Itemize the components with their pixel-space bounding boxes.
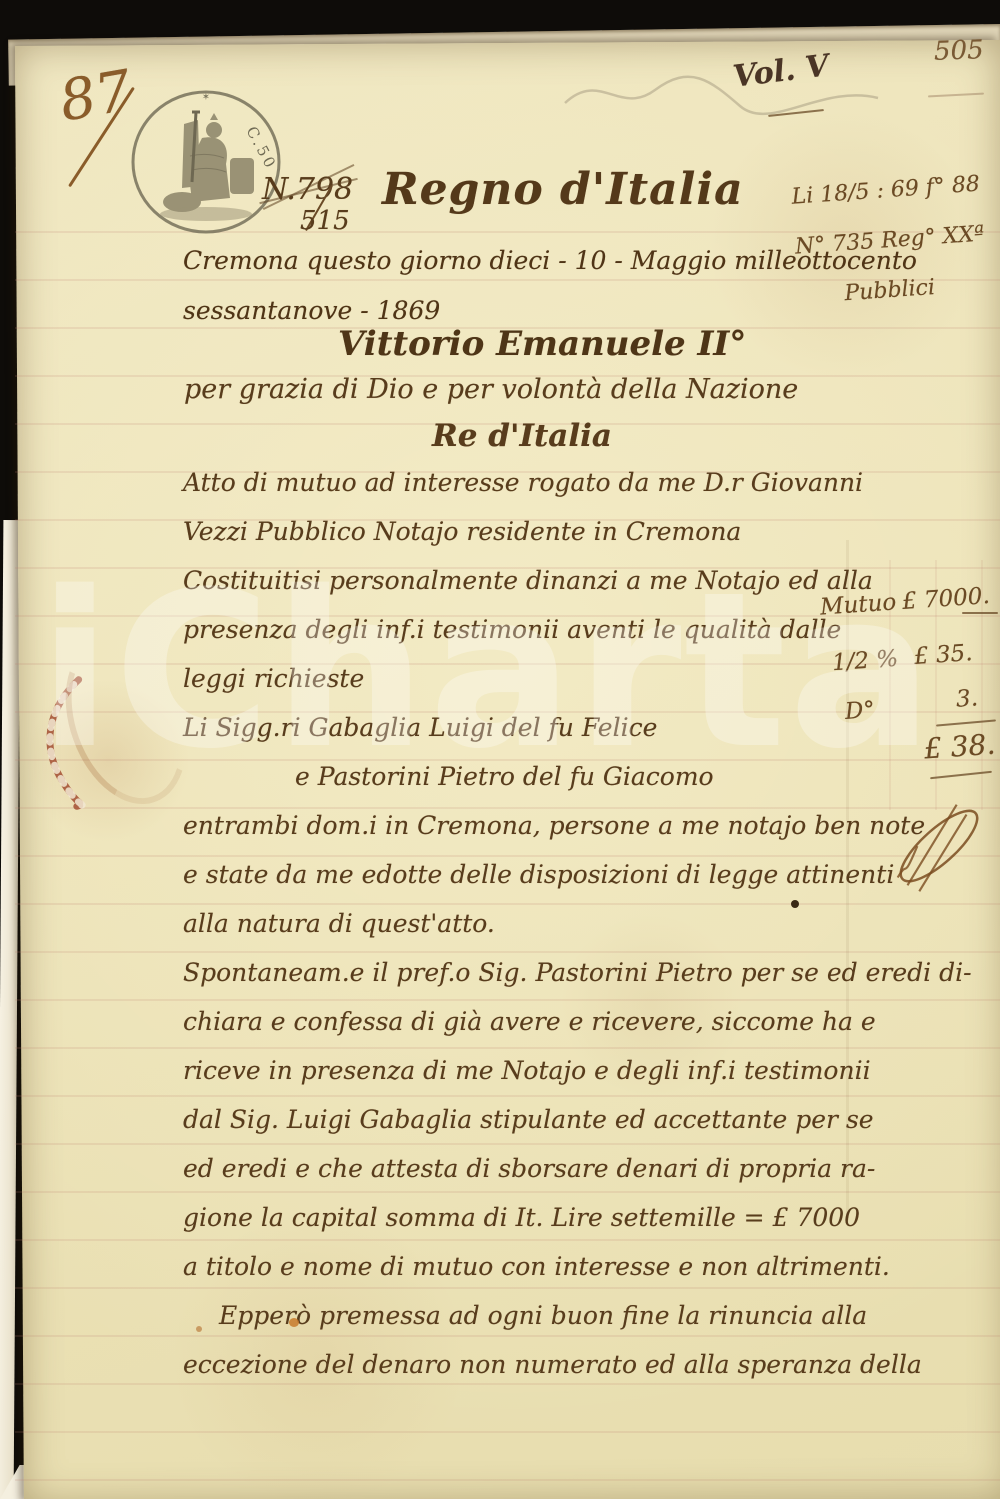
manuscript-line: presenza degli inf.i testimonii aventi l… bbox=[183, 605, 883, 654]
manuscript-line: Atto di mutuo ad interesse rogato da me … bbox=[183, 458, 883, 507]
folio-number: 505 bbox=[933, 35, 984, 67]
account-row2-amount: £ 35. bbox=[913, 640, 973, 670]
manuscript-body: Atto di mutuo ad interesse rogato da me … bbox=[183, 458, 883, 1389]
manuscript-line: riceve in presenza di me Notajo e degli … bbox=[183, 1046, 883, 1095]
manuscript-line: Vezzi Pubblico Notajo residente in Cremo… bbox=[183, 507, 883, 556]
manuscript-line: leggi richieste bbox=[183, 654, 883, 703]
manuscript-line: Epperò premessa ad ogni buon fine la rin… bbox=[183, 1291, 883, 1340]
account-row1-label: Mutuo bbox=[819, 589, 897, 620]
manuscript-line: dal Sig. Luigi Gabaglia stipulante ed ac… bbox=[183, 1095, 883, 1144]
manuscript-line: e Pastorini Pietro del fu Giacomo bbox=[183, 752, 883, 801]
act-number: N.798 bbox=[262, 172, 353, 207]
account-row3-amount: 3. bbox=[955, 685, 979, 712]
sovereign-name: Vittorio Emanuele II° bbox=[338, 324, 746, 364]
royal-formula: per grazia di Dio e per volontà della Na… bbox=[184, 374, 798, 405]
scanned-document: 87 ✶ C.50 Vol. V 505 N.798 515 Regno d'I… bbox=[0, 0, 1000, 1499]
manuscript-line: Spontaneam.e il pref.o Sig. Pastorini Pi… bbox=[183, 948, 883, 997]
fox-spot bbox=[196, 1326, 202, 1332]
manuscript-line: chiara e confessa di già avere e ricever… bbox=[183, 997, 883, 1046]
page-left-edge bbox=[0, 520, 20, 1499]
manuscript-line: alla natura di quest'atto. bbox=[183, 899, 883, 948]
royal-title: Re d'Italia bbox=[432, 418, 612, 454]
datation-line: Cremona questo giorno dieci - 10 - Maggi… bbox=[183, 236, 917, 286]
ink-speck bbox=[791, 900, 799, 908]
account-dash bbox=[962, 612, 998, 614]
stamp-allegory-figure-icon bbox=[160, 113, 254, 221]
manuscript-line: Li Sigg.ri Gabaglia Luigi del fu Felice bbox=[183, 703, 883, 752]
act-number-revision: 515 bbox=[300, 206, 350, 236]
manuscript-line: eccezione del denaro non numerato ed all… bbox=[183, 1340, 883, 1389]
manuscript-line: ed eredi e che attesta di sborsare denar… bbox=[183, 1144, 883, 1193]
pencil-scribble bbox=[560, 58, 890, 138]
manuscript-line: entrambi dom.i in Cremona, persone a me … bbox=[183, 801, 883, 850]
manuscript-line: a titolo e nome di mutuo con interesse e… bbox=[183, 1242, 883, 1291]
corner-number: 87 bbox=[55, 58, 136, 134]
manuscript-line: Costituitisi personalmente dinanzi a me … bbox=[183, 556, 883, 605]
account-row2-label: 1/2 % bbox=[831, 646, 899, 677]
notary-paraph-icon bbox=[878, 788, 996, 908]
revenue-stamp: ✶ C.50 bbox=[126, 86, 286, 238]
account-total: £ 38. bbox=[923, 728, 996, 766]
manuscript-line: gione la capital somma di It. Lire sette… bbox=[183, 1193, 883, 1242]
document-title: Regno d'Italia bbox=[382, 164, 744, 215]
fox-spot bbox=[289, 1318, 299, 1327]
stamp-star-icon: ✶ bbox=[202, 92, 210, 103]
manuscript-line: e state da me edotte delle disposizioni … bbox=[183, 850, 883, 899]
account-row3-label: D° bbox=[844, 697, 876, 725]
